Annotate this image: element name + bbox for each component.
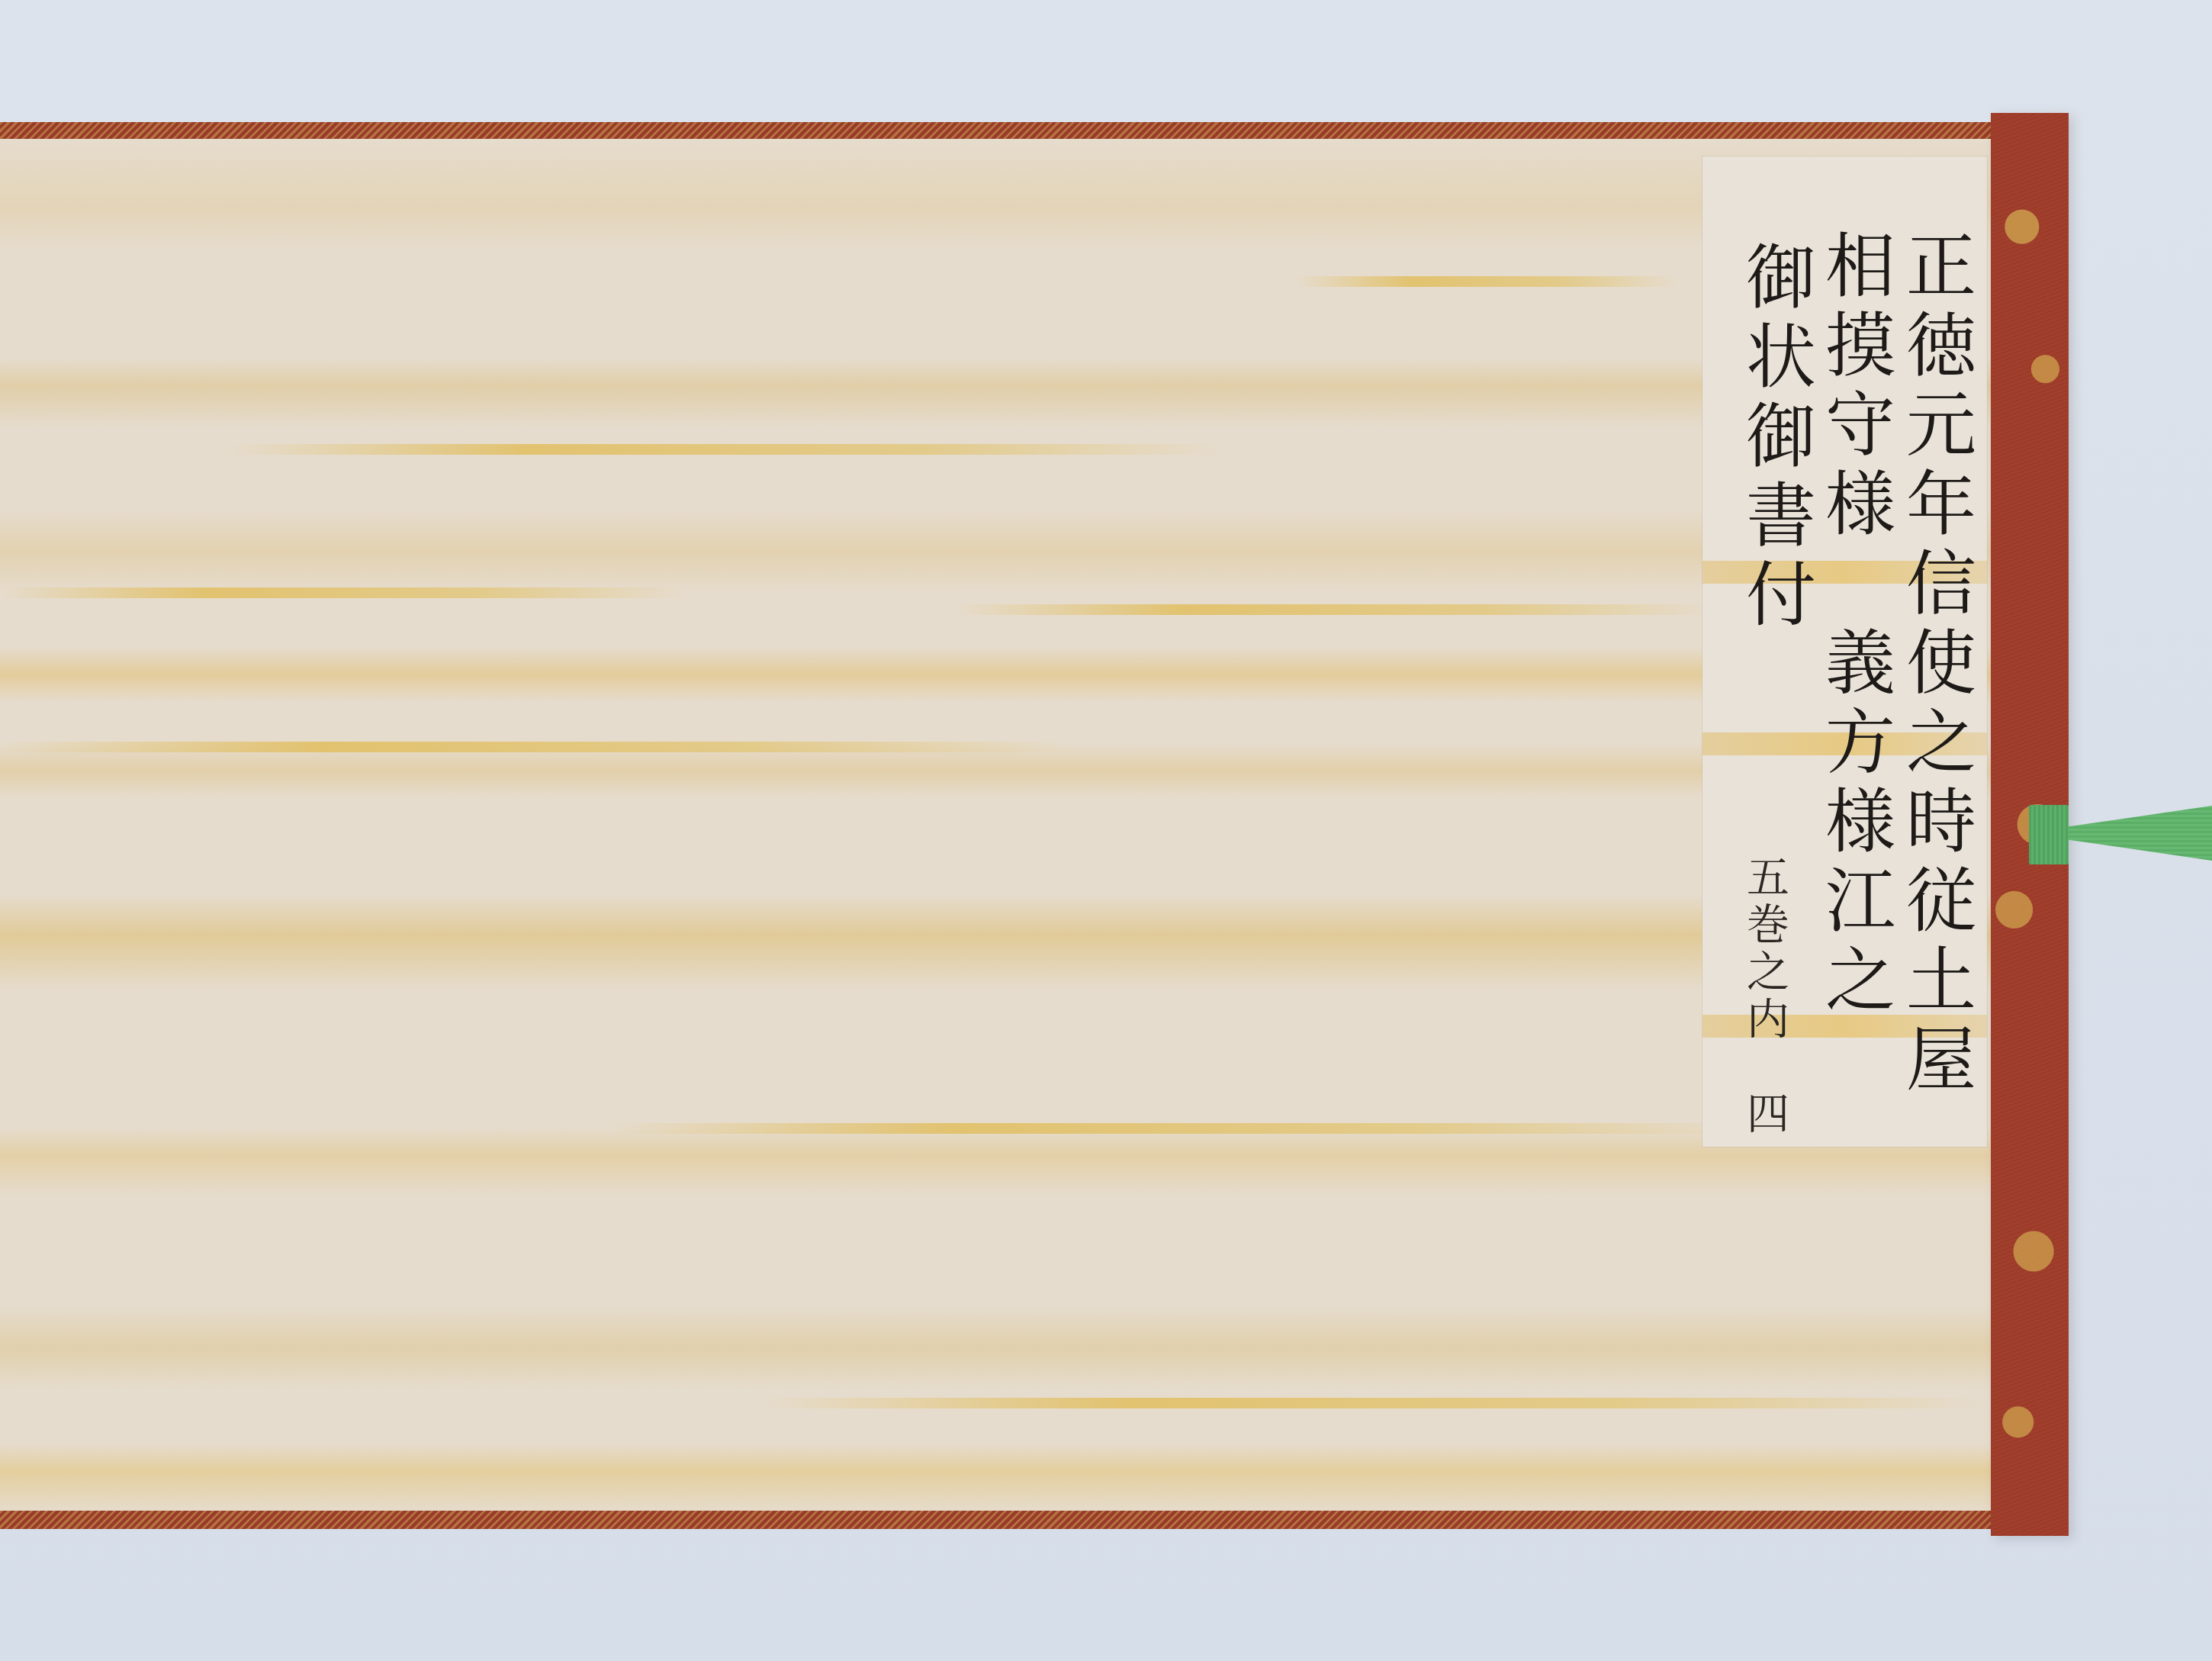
scroll-bottom-brocade-edge <box>0 1511 1995 1529</box>
handscroll <box>0 114 1995 1530</box>
inscription-column-3: 御状御書付 <box>1740 240 1810 637</box>
scroll-top-brocade-edge <box>0 122 1995 139</box>
gold-streak <box>953 604 1716 615</box>
inscription-label: 正徳元年信使之時従土屋 相摸守様 義方様江之 御状御書付 五巻之内 四 <box>1702 156 1987 1147</box>
gold-streak <box>763 1398 1983 1408</box>
green-tie-cord <box>2069 806 2212 861</box>
gold-streak <box>229 444 1220 455</box>
gold-streak <box>0 742 1068 752</box>
gold-streak <box>0 587 686 598</box>
scene: 正徳元年信使之時従土屋 相摸守様 義方様江之 御状御書付 五巻之内 四 <box>0 0 2212 1661</box>
inscription-column-volume-note: 五巻之内 四 <box>1734 855 1795 1138</box>
gold-streak <box>610 1123 1754 1134</box>
gold-streak <box>1297 276 1678 287</box>
tie-attachment <box>2029 805 2069 864</box>
scroll-paper <box>0 139 1995 1512</box>
inscription-column-2: 相摸守様 義方様江之 <box>1819 229 1889 1022</box>
inscription-column-1: 正徳元年信使之時従土屋 <box>1900 229 1970 1102</box>
